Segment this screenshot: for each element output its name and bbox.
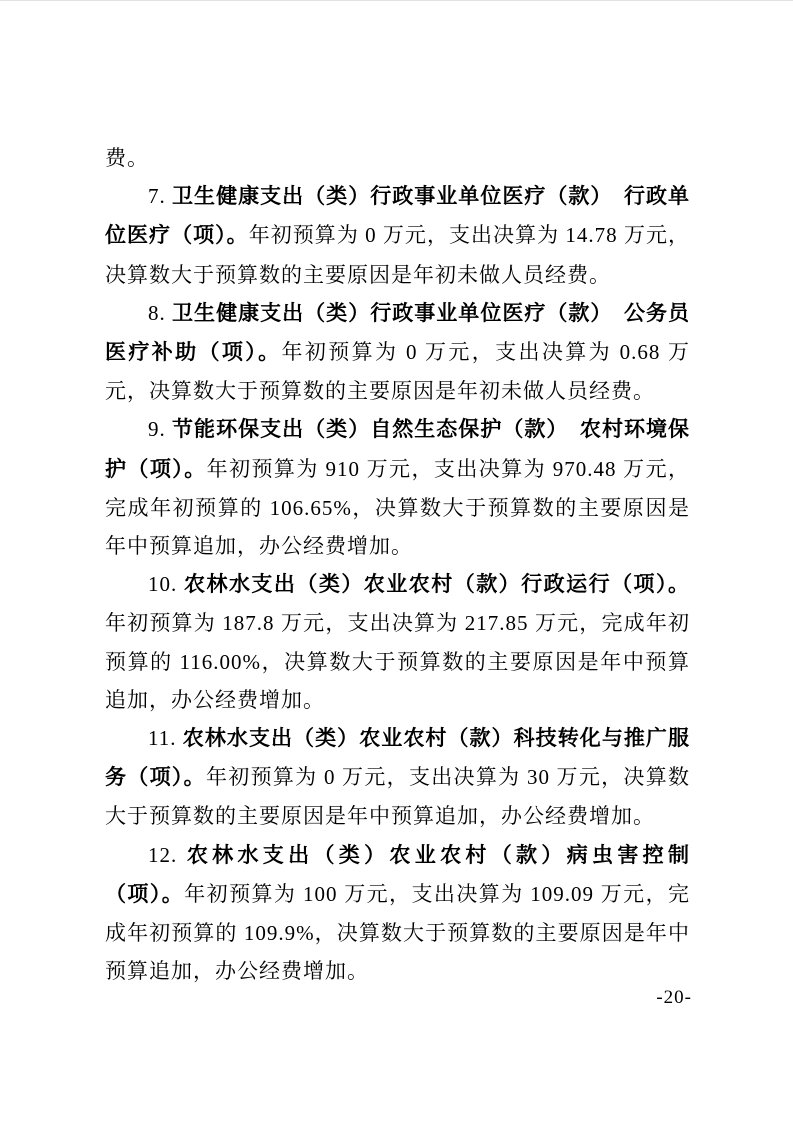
item-heading: 农林水支出（类）农业农村（款）行政运行（项）。 — [184, 573, 690, 596]
paragraph-item-9: 9. 节能环保支出（类）自然生态保护（款） 农村环境保护（项）。年初预算为 91… — [105, 410, 690, 565]
paragraph-item-11: 11. 农林水支出（类）农业农村（款）科技转化与推广服务（项）。年初预算为 0 … — [105, 719, 690, 836]
item-number: 11. — [148, 726, 183, 750]
page-number: -20- — [656, 987, 692, 1009]
item-body: 年初预算为 187.8 万元，支出决算为 217.85 万元，完成年初预算的 1… — [105, 611, 690, 711]
item-body: 年初预算为 100 万元，支出决算为 109.09 万元，完成年初预算的 109… — [105, 882, 690, 983]
text-run: 费。 — [105, 146, 149, 170]
paragraph-item-10: 10. 农林水支出（类）农业农村（款）行政运行（项）。年初预算为 187.8 万… — [105, 565, 690, 719]
paragraph-continuation: 费。 — [105, 139, 690, 177]
item-number: 10. — [148, 572, 184, 596]
document-body: 费。 7. 卫生健康支出（类）行政事业单位医疗（款） 行政单位医疗（项）。年初预… — [105, 139, 690, 990]
paragraph-item-12: 12. 农林水支出（类）农业农村（款）病虫害控制（项）。年初预算为 100 万元… — [105, 836, 690, 991]
document-page: 费。 7. 卫生健康支出（类）行政事业单位医疗（款） 行政单位医疗（项）。年初预… — [0, 0, 793, 1122]
item-number: 12. — [148, 843, 187, 867]
item-number: 8. — [148, 301, 172, 325]
item-number: 9. — [148, 417, 172, 441]
paragraph-item-8: 8. 卫生健康支出（类）行政事业单位医疗（款） 公务员医疗补助（项）。年初预算为… — [105, 294, 690, 411]
paragraph-item-7: 7. 卫生健康支出（类）行政事业单位医疗（款） 行政单位医疗（项）。年初预算为 … — [105, 177, 690, 294]
item-number: 7. — [148, 184, 172, 208]
